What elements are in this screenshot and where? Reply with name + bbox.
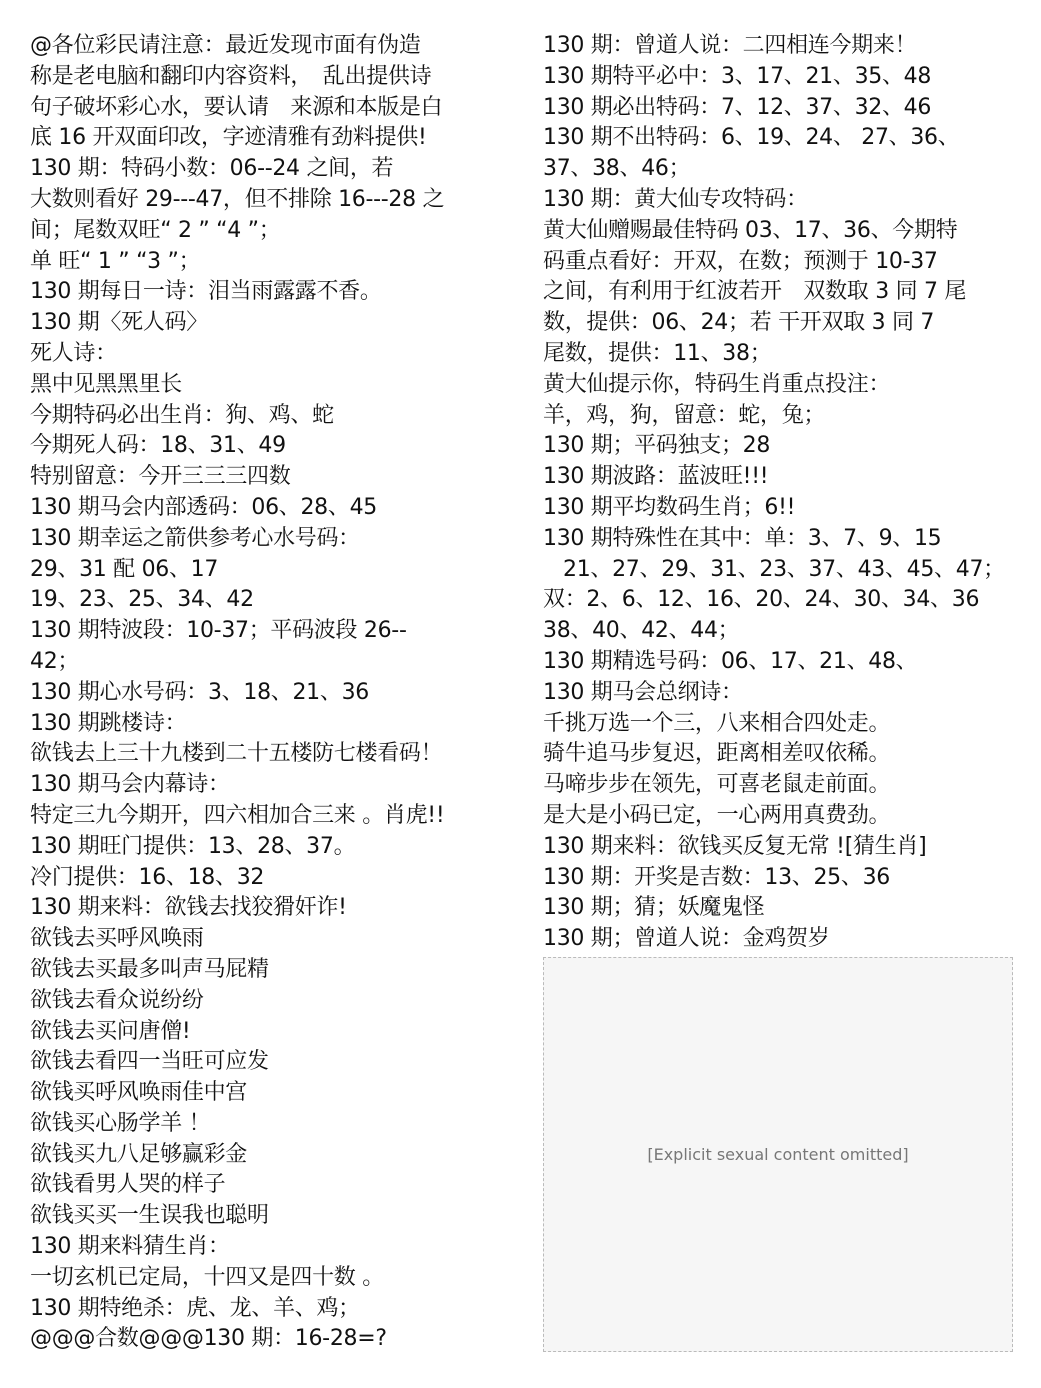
text-line: 尾数，提供：11、38；: [543, 339, 1023, 370]
text-line: 底 16 开双面印改，字迹清雅有劲料提供!: [30, 123, 520, 154]
text-line: 是大是小码已定，一心两用真费劲。: [543, 801, 1023, 832]
text-line: 码重点看好：开双，在数；预测于 10-37: [543, 247, 1023, 278]
text-line: 欲钱看男人哭的样子: [30, 1170, 520, 1201]
text-line: @各位彩民请注意：最近发现市面有伪造: [30, 31, 520, 62]
text-line: 130 期马会内幕诗：: [30, 770, 520, 801]
text-line: 130 期波路：蓝波旺!!!: [543, 462, 1023, 493]
text-line: 欲钱去买呼风唤雨: [30, 924, 520, 955]
text-line: 130 期来料猜生肖：: [30, 1232, 520, 1263]
text-line: 130 期不出特码：6、19、24、 27、36、: [543, 123, 1023, 154]
text-line: 欲钱去上三十九楼到二十五楼防七楼看码！: [30, 739, 520, 770]
text-line: 130 期特平必中：3、17、21、35、48: [543, 62, 1023, 93]
text-line: 130 期心水号码：3、18、21、36: [30, 678, 520, 709]
text-line: 死人诗：: [30, 339, 520, 370]
text-line: @@@合数@@@130 期：16-28=?: [30, 1324, 520, 1355]
text-line: 130 期跳楼诗：: [30, 709, 520, 740]
text-line: 130 期每日一诗：泪当雨露露不香。: [30, 277, 520, 308]
text-line: 欲钱去买最多叫声马屁精: [30, 955, 520, 986]
text-line: 黄大仙赠赐最佳特码 03、17、36、今期特: [543, 216, 1023, 247]
text-line: 130 期特波段：10-37；平码波段 26--: [30, 616, 520, 647]
text-line: 特定三九今期开，四六相加合三来 。肖虎!!: [30, 801, 520, 832]
text-line: 之间，有利用于红波若开 双数取 3 同 7 尾: [543, 277, 1023, 308]
text-line: 今期特码必出生肖：狗、鸡、蛇: [30, 401, 520, 432]
text-line: 130 期特绝杀：虎、龙、羊、鸡；: [30, 1294, 520, 1325]
text-line: 130 期平均数码生肖；6!!: [543, 493, 1023, 524]
text-line: 130 期马会总纲诗：: [543, 678, 1023, 709]
text-line: 130 期；平码独支；28: [543, 431, 1023, 462]
text-line: 骑牛追马步复迟，距离相差叹依稀。: [543, 739, 1023, 770]
text-line: 单 旺“ 1 ” “3 ”；: [30, 247, 520, 278]
text-line: 130 期来料：欲钱买反复无常 ![猜生肖]: [543, 832, 1023, 863]
text-line: 特别留意：今开三三三四数: [30, 462, 520, 493]
text-line: 今期死人码：18、31、49: [30, 431, 520, 462]
text-line: 欲钱买买一生误我也聪明: [30, 1201, 520, 1232]
text-line: 冷门提供：16、18、32: [30, 863, 520, 894]
lottery-tip-sheet: @各位彩民请注意：最近发现市面有伪造称是老电脑和翻印内容资料， 乱出提供诗句子破…: [0, 0, 1041, 1388]
text-line: 130 期特殊性在其中：单：3、7、9、15: [543, 524, 1023, 555]
text-line: 130 期：曾道人说：二四相连今期来！: [543, 31, 1023, 62]
text-line: 黄大仙提示你，特码生肖重点投注：: [543, 370, 1023, 401]
text-line: 130 期来料：欲钱去找狡猾奸诈!: [30, 893, 520, 924]
text-line: 欲钱去买问唐僧!: [30, 1017, 520, 1048]
text-line: 欲钱买呼风唤雨佳中宫: [30, 1078, 520, 1109]
omitted-content-placeholder: [Explicit sexual content omitted]: [543, 957, 1013, 1352]
text-line: 29、31 配 06、17: [30, 555, 520, 586]
text-line: 38、40、42、44；: [543, 616, 1023, 647]
text-line: 130 期幸运之箭供参考心水号码：: [30, 524, 520, 555]
text-line: 句子破坏彩心水，要认请 来源和本版是白: [30, 93, 520, 124]
text-line: 130 期；猜；妖魔鬼怪: [543, 893, 1023, 924]
text-line: 42；: [30, 647, 520, 678]
text-line: 黑中见黑黑里长: [30, 370, 520, 401]
text-line: 19、23、25、34、42: [30, 585, 520, 616]
text-line: 大数则看好 29---47，但不排除 16---28 之: [30, 185, 520, 216]
text-line: 130 期必出特码：7、12、37、32、46: [543, 93, 1023, 124]
text-line: 130 期：黄大仙专攻特码：: [543, 185, 1023, 216]
text-line: 130 期马会内部透码：06、28、45: [30, 493, 520, 524]
text-line: 欲钱去看四一当旺可应发: [30, 1047, 520, 1078]
text-line: 130 期；曾道人说：金鸡贺岁: [543, 924, 1023, 955]
text-line: 千挑万选一个三，八来相合四处走。: [543, 709, 1023, 740]
text-line: 欲钱买九八足够赢彩金: [30, 1140, 520, 1171]
text-line: 130 期精选号码：06、17、21、48、: [543, 647, 1023, 678]
text-line: 37、38、46；: [543, 154, 1023, 185]
text-line: 一切玄机已定局，十四又是四十数 。: [30, 1263, 520, 1294]
text-line: 130 期：开奖是吉数：13、25、36: [543, 863, 1023, 894]
left-column: @各位彩民请注意：最近发现市面有伪造称是老电脑和翻印内容资料， 乱出提供诗句子破…: [30, 31, 520, 1355]
text-line: 双：2、6、12、16、20、24、30、34、36: [543, 585, 1023, 616]
text-line: 欲钱买心肠学羊 ！: [30, 1109, 520, 1140]
text-line: 欲钱去看众说纷纷: [30, 986, 520, 1017]
text-line: 数，提供：06、24；若 干开双取 3 同 7: [543, 308, 1023, 339]
text-line: 21、27、29、31、23、37、43、45、47；: [543, 555, 1023, 586]
text-line: 马啼步步在领先，可喜老鼠走前面。: [543, 770, 1023, 801]
text-line: 130 期：特码小数：06--24 之间，若: [30, 154, 520, 185]
text-line: 130 期〈死人码〉: [30, 308, 520, 339]
text-line: 间；尾数双旺“ 2 ” “4 ”；: [30, 216, 520, 247]
text-line: 羊，鸡，狗，留意：蛇，兔；: [543, 401, 1023, 432]
text-line: 130 期旺门提供：13、28、37。: [30, 832, 520, 863]
right-column: 130 期：曾道人说：二四相连今期来！130 期特平必中：3、17、21、35、…: [543, 31, 1023, 1352]
text-line: 称是老电脑和翻印内容资料， 乱出提供诗: [30, 62, 520, 93]
